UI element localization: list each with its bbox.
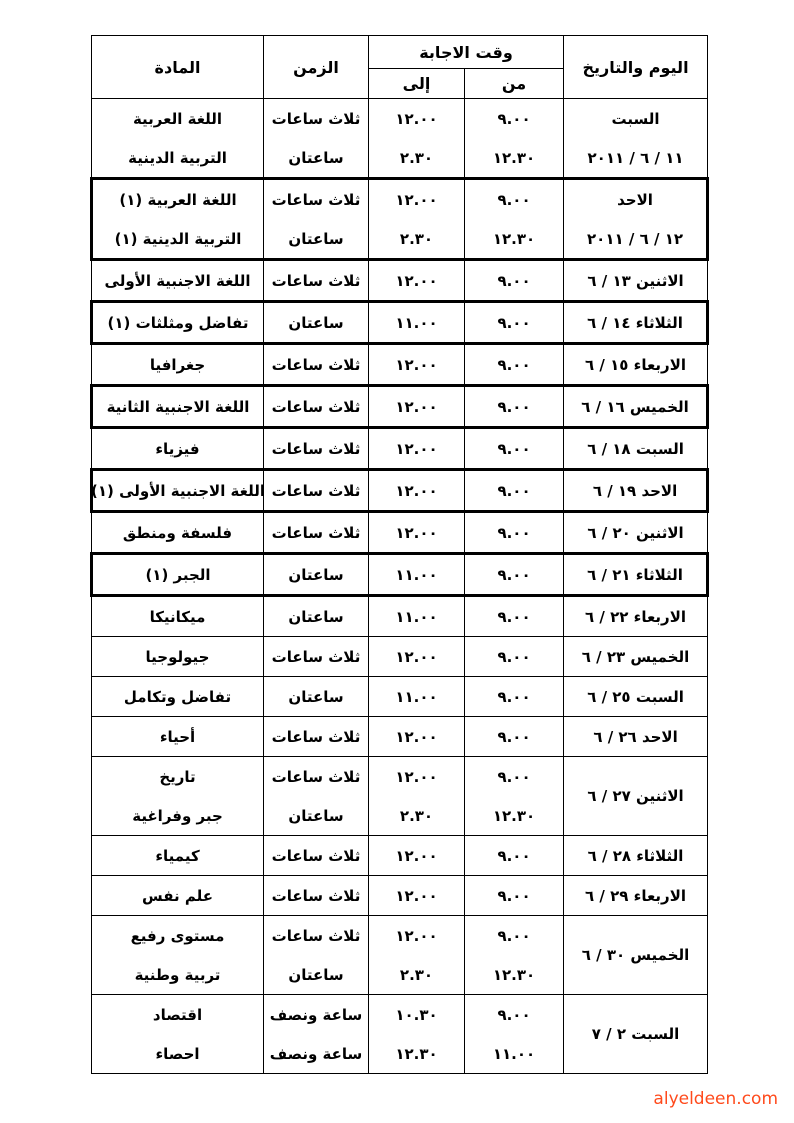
from-time-cell-line: ٩.٠٠ [465,677,563,716]
subject-cell-line: أحياء [92,717,263,756]
duration-cell-line: ساعتان [264,138,368,177]
subject-cell-line: فيزياء [92,429,263,468]
duration-cell-line: ساعتان [264,955,368,994]
duration-cell: ثلاث ساعات [264,260,369,302]
to-time-cell-line: ٢.٣٠ [369,796,464,835]
from-time-cell: ٩.٠٠ [465,428,564,470]
from-time-cell: ٩.٠٠ [465,637,564,677]
to-time-cell: ١٢.٠٠ [369,428,465,470]
day-date-cell-line: الثلاثاء ١٤ / ٦ [564,303,706,342]
schedule-row: السبت١١ / ٦ / ٢٠١١٩.٠٠١٢.٣٠١٢.٠٠٢.٣٠ثلاث… [92,99,708,179]
from-time-cell-line: ٩.٠٠ [465,555,563,594]
to-time-cell-line: ١٢.٠٠ [369,345,464,384]
from-time-cell-line: ٩.٠٠ [465,513,563,552]
subject-cell-line: تفاضل وتكامل [92,677,263,716]
duration-cell: ساعتان [264,554,369,596]
day-date-cell-line: الاحد ١٩ / ٦ [564,471,706,510]
duration-cell: ثلاث ساعاتساعتان [264,99,369,179]
subject-cell-line: الجبر (١) [93,555,263,594]
schedule-row: الاربعاء ٢٢ / ٦٩.٠٠١١.٠٠ساعتانميكانيكا [92,596,708,637]
duration-cell: ثلاث ساعاتساعتان [264,757,369,836]
to-time-cell-line: ١٢.٠٠ [369,261,464,300]
from-time-cell: ٩.٠٠ [465,596,564,637]
exam-schedule-page: اليوم والتاريخ وقت الاجابة الزمن المادة … [0,0,794,1123]
from-time-cell-line: ٩.٠٠ [465,597,563,636]
duration-cell: ثلاث ساعات [264,428,369,470]
subject-cell-line: اللغة العربية (١) [93,180,263,219]
to-time-cell-line: ٢.٣٠ [369,219,464,258]
duration-cell: ثلاث ساعاتساعتان [264,179,369,260]
to-time-cell: ١٢.٠٠ [369,836,465,876]
duration-cell-line: ثلاث ساعات [264,757,368,796]
subject-cell-line: اللغة الاجنبية الأولى (١) [93,471,263,510]
subject-cell: اللغة العربيةالتربية الدينية [92,99,264,179]
day-date-cell: الثلاثاء ٢١ / ٦ [564,554,708,596]
duration-cell-line: ثلاث ساعات [264,387,368,426]
day-date-cell: الثلاثاء ٢٨ / ٦ [564,836,708,876]
day-date-cell-line: الخميس ٣٠ / ٦ [564,936,707,975]
from-time-cell-line: ٩.٠٠ [465,303,563,342]
subject-cell: أحياء [92,717,264,757]
to-time-cell: ١٢.٠٠٢.٣٠ [369,757,465,836]
from-time-cell: ٩.٠٠١٢.٣٠ [465,99,564,179]
to-time-cell-line: ٢.٣٠ [369,955,464,994]
to-time-cell-line: ١٢.٠٠ [369,757,464,796]
from-time-cell: ٩.٠٠١٢.٣٠ [465,916,564,995]
day-date-cell: السبت ٢ / ٧ [564,995,708,1074]
subject-cell: فلسفة ومنطق [92,512,264,554]
to-time-cell-line: ٢.٣٠ [369,138,464,177]
duration-cell: ثلاث ساعات [264,836,369,876]
duration-cell-line: ثلاث ساعات [264,261,368,300]
day-date-cell-line: الخميس ١٦ / ٦ [564,387,706,426]
schedule-row: الاثنين ٢٠ / ٦٩.٠٠١٢.٠٠ثلاث ساعاتفلسفة و… [92,512,708,554]
subject-cell: جيولوجيا [92,637,264,677]
day-date-cell: السبت ٢٥ / ٦ [564,677,708,717]
subject-cell-line: جيولوجيا [92,637,263,676]
to-time-cell-line: ١٢.٠٠ [369,180,464,219]
exam-schedule-table: اليوم والتاريخ وقت الاجابة الزمن المادة … [90,35,709,1074]
to-time-cell: ١٢.٠٠ [369,386,465,428]
subject-cell: علم نفس [92,876,264,916]
day-date-cell-line: ١٢ / ٦ / ٢٠١١ [564,219,706,258]
from-time-cell: ٩.٠٠ [465,302,564,344]
day-date-cell-line: الاثنين ١٣ / ٦ [564,261,707,300]
subject-cell-line: التربية الدينية (١) [93,219,263,258]
from-time-cell-line: ٩.٠٠ [465,180,563,219]
duration-cell: ثلاث ساعات [264,344,369,386]
duration-cell: ساعتان [264,677,369,717]
duration-cell-line: ثلاث ساعات [264,836,368,875]
to-time-cell-line: ١٢.٠٠ [369,429,464,468]
from-time-cell: ٩.٠٠ [465,470,564,512]
from-time-cell-line: ٩.٠٠ [465,717,563,756]
from-time-cell-line: ٩.٠٠ [465,429,563,468]
to-time-cell: ١١.٠٠ [369,596,465,637]
day-date-cell-line: الاربعاء ١٥ / ٦ [564,345,707,384]
to-time-cell-line: ١١.٠٠ [369,597,464,636]
header-to: إلى [369,69,465,99]
from-time-cell-line: ٩.٠٠ [465,836,563,875]
duration-cell: ساعة ونصفساعة ونصف [264,995,369,1074]
schedule-row: الخميس ٢٣ / ٦٩.٠٠١٢.٠٠ثلاث ساعاتجيولوجيا [92,637,708,677]
to-time-cell-line: ١٢.٠٠ [369,836,464,875]
subject-cell-line: كيمياء [92,836,263,875]
schedule-row: الثلاثاء ١٤ / ٦٩.٠٠١١.٠٠ساعتانتفاضل ومثل… [92,302,708,344]
subject-cell-line: تاريخ [92,757,263,796]
subject-cell-line: جغرافيا [92,345,263,384]
day-date-cell-line: السبت ٢٥ / ٦ [564,677,707,716]
duration-cell-line: ساعتان [264,796,368,835]
duration-cell: ساعتان [264,596,369,637]
from-time-cell: ٩.٠٠ [465,876,564,916]
from-time-cell-line: ٩.٠٠ [465,99,563,138]
to-time-cell-line: ١٢.٠٠ [369,916,464,955]
to-time-cell-line: ١١.٠٠ [369,677,464,716]
schedule-row: الاربعاء ٢٩ / ٦٩.٠٠١٢.٠٠ثلاث ساعاتعلم نف… [92,876,708,916]
to-time-cell: ١٢.٠٠ [369,344,465,386]
to-time-cell-line: ١٢.٠٠ [369,513,464,552]
duration-cell-line: ساعتان [264,555,368,594]
duration-cell: ثلاث ساعاتساعتان [264,916,369,995]
day-date-cell-line: الثلاثاء ٢١ / ٦ [564,555,706,594]
header-subject: المادة [92,36,264,99]
subject-cell: اللغة الاجنبية الأولى (١) [92,470,264,512]
subject-cell: كيمياء [92,836,264,876]
to-time-cell-line: ١١.٠٠ [369,555,464,594]
from-time-cell: ٩.٠٠١٢.٣٠ [465,757,564,836]
duration-cell-line: ثلاث ساعات [264,637,368,676]
duration-cell-line: ساعتان [264,677,368,716]
from-time-cell-line: ١٢.٣٠ [465,955,563,994]
day-date-cell: السبت ١٨ / ٦ [564,428,708,470]
from-time-cell: ٩.٠٠١١.٠٠ [465,995,564,1074]
subject-cell: تفاضل وتكامل [92,677,264,717]
subject-cell: جغرافيا [92,344,264,386]
day-date-cell: الاثنين ٢٠ / ٦ [564,512,708,554]
day-date-cell: الاثنين ٢٧ / ٦ [564,757,708,836]
day-date-cell-line: الخميس ٢٣ / ٦ [564,637,707,676]
from-time-cell-line: ٩.٠٠ [465,387,563,426]
from-time-cell-line: ٩.٠٠ [465,637,563,676]
from-time-cell-line: ١٢.٣٠ [465,796,563,835]
day-date-cell: الاربعاء ٢٢ / ٦ [564,596,708,637]
to-time-cell: ١٢.٠٠ [369,876,465,916]
day-date-cell: الخميس ١٦ / ٦ [564,386,708,428]
duration-cell-line: ساعة ونصف [264,1034,368,1073]
day-date-cell: الاربعاء ١٥ / ٦ [564,344,708,386]
to-time-cell: ١٢.٠٠ [369,260,465,302]
from-time-cell: ٩.٠٠ [465,512,564,554]
duration-cell-line: ساعتان [264,219,368,258]
from-time-cell: ٩.٠٠ [465,836,564,876]
to-time-cell-line: ١٢.٠٠ [369,876,464,915]
day-date-cell-line: الاحد ٢٦ / ٦ [564,717,707,756]
subject-cell-line: اللغة العربية [92,99,263,138]
duration-cell: ثلاث ساعات [264,876,369,916]
subject-cell-line: احصاء [92,1034,263,1073]
day-date-cell: السبت١١ / ٦ / ٢٠١١ [564,99,708,179]
subject-cell-line: التربية الدينية [92,138,263,177]
table-body: السبت١١ / ٦ / ٢٠١١٩.٠٠١٢.٣٠١٢.٠٠٢.٣٠ثلاث… [92,99,708,1074]
subject-cell-line: اقتصاد [92,995,263,1034]
subject-cell-line: تربية وطنية [92,955,263,994]
day-date-cell-line: الاربعاء ٢٢ / ٦ [564,597,707,636]
schedule-row: الاثنين ١٣ / ٦٩.٠٠١٢.٠٠ثلاث ساعاتاللغة ا… [92,260,708,302]
day-date-cell-line: السبت ١٨ / ٦ [564,429,707,468]
from-time-cell-line: ١٢.٣٠ [465,138,563,177]
duration-cell: ثلاث ساعات [264,470,369,512]
subject-cell: مستوى رفيعتربية وطنية [92,916,264,995]
duration-cell-line: ثلاث ساعات [264,429,368,468]
day-date-cell: الاحد١٢ / ٦ / ٢٠١١ [564,179,708,260]
subject-cell-line: ميكانيكا [92,597,263,636]
to-time-cell-line: ١٢.٠٠ [369,99,464,138]
from-time-cell: ٩.٠٠ [465,260,564,302]
duration-cell-line: ثلاث ساعات [264,345,368,384]
schedule-row: الثلاثاء ٢٨ / ٦٩.٠٠١٢.٠٠ثلاث ساعاتكيمياء [92,836,708,876]
to-time-cell: ١٢.٠٠٢.٣٠ [369,916,465,995]
to-time-cell: ١١.٠٠ [369,302,465,344]
from-time-cell-line: ٩.٠٠ [465,916,563,955]
day-date-cell-line: ١١ / ٦ / ٢٠١١ [564,138,707,177]
to-time-cell: ١٢.٠٠ [369,717,465,757]
from-time-cell-line: ١٢.٣٠ [465,219,563,258]
table-header: اليوم والتاريخ وقت الاجابة الزمن المادة … [92,36,708,99]
subject-cell: الجبر (١) [92,554,264,596]
schedule-row: السبت ١٨ / ٦٩.٠٠١٢.٠٠ثلاث ساعاتفيزياء [92,428,708,470]
from-time-cell-line: ٩.٠٠ [465,757,563,796]
to-time-cell-line: ١٢.٣٠ [369,1034,464,1073]
subject-cell-line: فلسفة ومنطق [92,513,263,552]
to-time-cell-line: ١٢.٠٠ [369,387,464,426]
subject-cell: ميكانيكا [92,596,264,637]
from-time-cell-line: ٩.٠٠ [465,345,563,384]
schedule-row: الاحد١٢ / ٦ / ٢٠١١٩.٠٠١٢.٣٠١٢.٠٠٢.٣٠ثلاث… [92,179,708,260]
subject-cell-line: اللغة الاجنبية الثانية [93,387,263,426]
day-date-cell: الثلاثاء ١٤ / ٦ [564,302,708,344]
duration-cell: ثلاث ساعات [264,386,369,428]
subject-cell: اللغة الاجنبية الثانية [92,386,264,428]
from-time-cell-line: ٩.٠٠ [465,876,563,915]
subject-cell: تفاضل ومثلثات (١) [92,302,264,344]
from-time-cell-line: ٩.٠٠ [465,995,563,1034]
schedule-row: الخميس ١٦ / ٦٩.٠٠١٢.٠٠ثلاث ساعاتاللغة ال… [92,386,708,428]
to-time-cell-line: ١٢.٠٠ [369,471,464,510]
to-time-cell: ١٠.٣٠١٢.٣٠ [369,995,465,1074]
to-time-cell: ١٢.٠٠٢.٣٠ [369,179,465,260]
header-duration: الزمن [264,36,369,99]
to-time-cell: ١١.٠٠ [369,677,465,717]
from-time-cell: ٩.٠٠ [465,386,564,428]
schedule-row: الاحد ٢٦ / ٦٩.٠٠١٢.٠٠ثلاث ساعاتأحياء [92,717,708,757]
from-time-cell: ٩.٠٠ [465,717,564,757]
schedule-row: الخميس ٣٠ / ٦٩.٠٠١٢.٣٠١٢.٠٠٢.٣٠ثلاث ساعا… [92,916,708,995]
duration-cell: ثلاث ساعات [264,512,369,554]
from-time-cell-line: ٩.٠٠ [465,471,563,510]
to-time-cell: ١٢.٠٠ [369,637,465,677]
day-date-cell: الاحد ٢٦ / ٦ [564,717,708,757]
duration-cell-line: ثلاث ساعات [264,513,368,552]
header-day-date: اليوم والتاريخ [564,36,708,99]
duration-cell-line: ثلاث ساعات [264,876,368,915]
day-date-cell-line: الثلاثاء ٢٨ / ٦ [564,836,707,875]
subject-cell-line: جبر وفراغية [92,796,263,835]
day-date-cell: الخميس ٢٣ / ٦ [564,637,708,677]
schedule-row: الاحد ١٩ / ٦٩.٠٠١٢.٠٠ثلاث ساعاتاللغة الا… [92,470,708,512]
day-date-cell-line: الاحد [564,180,706,219]
to-time-cell: ١١.٠٠ [369,554,465,596]
duration-cell-line: ثلاث ساعات [264,717,368,756]
day-date-cell: الاثنين ١٣ / ٦ [564,260,708,302]
duration-cell-line: ثلاث ساعات [264,916,368,955]
header-answer-time: وقت الاجابة [369,36,564,69]
from-time-cell: ٩.٠٠ [465,344,564,386]
to-time-cell-line: ١٢.٠٠ [369,717,464,756]
to-time-cell: ١٢.٠٠ [369,470,465,512]
subject-cell: تاريخجبر وفراغية [92,757,264,836]
schedule-row: الاثنين ٢٧ / ٦٩.٠٠١٢.٣٠١٢.٠٠٢.٣٠ثلاث ساع… [92,757,708,836]
day-date-cell-line: السبت ٢ / ٧ [564,1015,707,1054]
subject-cell-line: علم نفس [92,876,263,915]
schedule-row: السبت ٢ / ٧٩.٠٠١١.٠٠١٠.٣٠١٢.٣٠ساعة ونصفس… [92,995,708,1074]
duration-cell: ثلاث ساعات [264,637,369,677]
from-time-cell-line: ١١.٠٠ [465,1034,563,1073]
to-time-cell-line: ١٠.٣٠ [369,995,464,1034]
site-watermark: alyeldeen.com [653,1089,778,1109]
subject-cell: فيزياء [92,428,264,470]
from-time-cell: ٩.٠٠ [465,677,564,717]
duration-cell-line: ثلاث ساعات [264,180,368,219]
from-time-cell: ٩.٠٠ [465,554,564,596]
schedule-row: الاربعاء ١٥ / ٦٩.٠٠١٢.٠٠ثلاث ساعاتجغرافي… [92,344,708,386]
duration-cell: ثلاث ساعات [264,717,369,757]
to-time-cell: ١٢.٠٠ [369,512,465,554]
day-date-cell: الاحد ١٩ / ٦ [564,470,708,512]
duration-cell-line: ساعة ونصف [264,995,368,1034]
subject-cell-line: تفاضل ومثلثات (١) [93,303,263,342]
from-time-cell-line: ٩.٠٠ [465,261,563,300]
header-from: من [465,69,564,99]
schedule-row: الثلاثاء ٢١ / ٦٩.٠٠١١.٠٠ساعتانالجبر (١) [92,554,708,596]
subject-cell-line: اللغة الاجنبية الأولى [92,261,263,300]
subject-cell-line: مستوى رفيع [92,916,263,955]
to-time-cell: ١٢.٠٠٢.٣٠ [369,99,465,179]
duration-cell-line: ساعتان [264,303,368,342]
day-date-cell: الاربعاء ٢٩ / ٦ [564,876,708,916]
duration-cell: ساعتان [264,302,369,344]
duration-cell-line: ثلاث ساعات [264,99,368,138]
subject-cell: اللغة العربية (١)التربية الدينية (١) [92,179,264,260]
day-date-cell-line: السبت [564,99,707,138]
duration-cell-line: ساعتان [264,597,368,636]
to-time-cell-line: ١٢.٠٠ [369,637,464,676]
day-date-cell-line: الاثنين ٢٧ / ٦ [564,777,707,816]
from-time-cell: ٩.٠٠١٢.٣٠ [465,179,564,260]
schedule-row: السبت ٢٥ / ٦٩.٠٠١١.٠٠ساعتانتفاضل وتكامل [92,677,708,717]
day-date-cell: الخميس ٣٠ / ٦ [564,916,708,995]
subject-cell: اقتصاداحصاء [92,995,264,1074]
subject-cell: اللغة الاجنبية الأولى [92,260,264,302]
to-time-cell-line: ١١.٠٠ [369,303,464,342]
duration-cell-line: ثلاث ساعات [264,471,368,510]
day-date-cell-line: الاثنين ٢٠ / ٦ [564,513,707,552]
day-date-cell-line: الاربعاء ٢٩ / ٦ [564,876,707,915]
